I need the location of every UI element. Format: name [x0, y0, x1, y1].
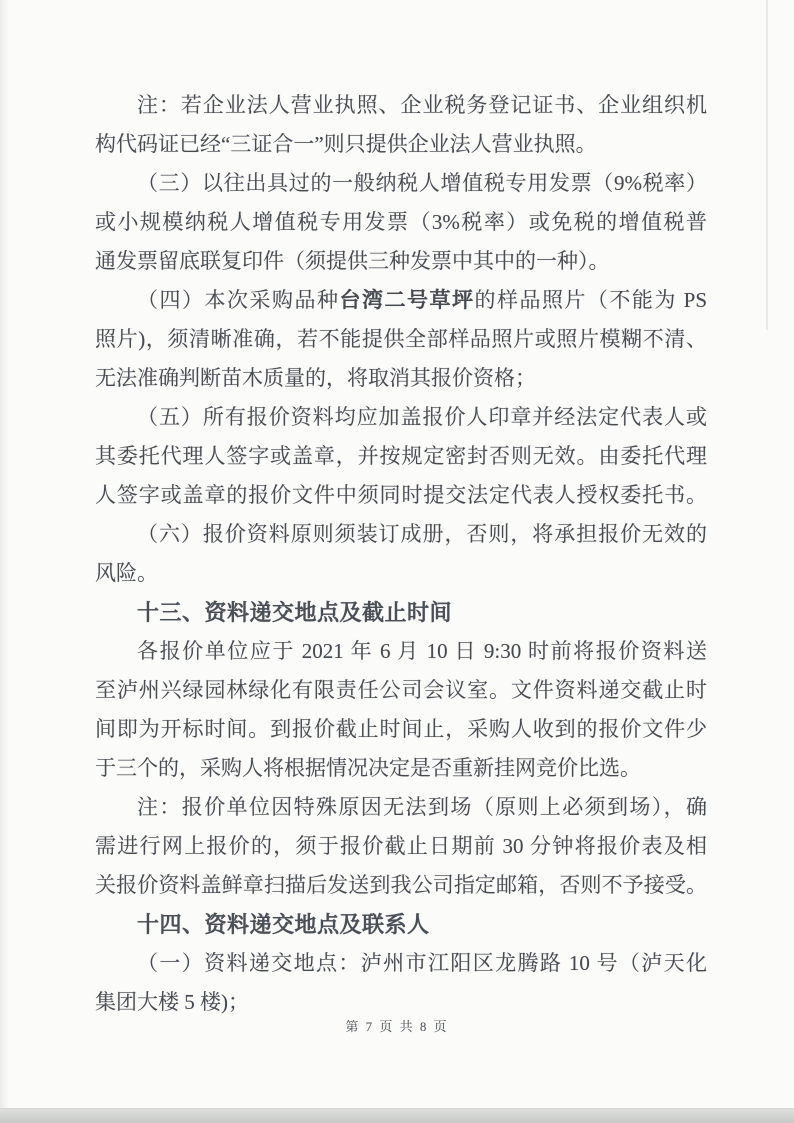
text-line: 于三个的，采购人将根据情况决定是否重新挂网竞价比选。: [95, 749, 707, 788]
text-line: （五）所有报价资料均应加盖报价人印章并经法定代表人或: [95, 398, 707, 437]
text-line: 关报价资料盖鲜章扫描后发送到我公司指定邮箱，否则不予接受。: [95, 866, 707, 905]
text-segment: （四）本次采购品种: [137, 288, 339, 312]
page-number: 第 7 页 共 8 页: [0, 1016, 794, 1035]
text-segment: 的样品照片（不能为 PS: [474, 288, 707, 312]
text-line: 通发票留底联复印件（须提供三种发票中其中的一种）。: [95, 242, 707, 281]
section-heading: 十四、资料递交地点及联系人: [95, 905, 707, 944]
text-line: 人签字或盖章的报价文件中须同时提交法定代表人授权委托书。: [95, 476, 707, 515]
scan-edge-left: [0, 0, 9, 1123]
text-line: （四）本次采购品种台湾二号草坪的样品照片（不能为 PS: [95, 281, 707, 320]
text-line: 注：若企业法人营业执照、企业税务登记证书、企业组织机: [95, 86, 707, 125]
text-line: （三）以往出具过的一般纳税人增值税专用发票（9%税率）: [95, 164, 707, 203]
scan-edge-right: [766, 0, 768, 330]
emphasis-text: 台湾二号草坪: [339, 288, 474, 312]
text-line: 其委托代理人签字或盖章，并按规定密封否则无效。由委托代理: [95, 437, 707, 476]
document-page: 注：若企业法人营业执照、企业税务登记证书、企业组织机构代码证已经“三证合一”则只…: [0, 0, 794, 1123]
text-line: 间即为开标时间。到报价截止时间止，采购人收到的报价文件少: [95, 710, 707, 749]
text-line: 或小规模纳税人增值税专用发票（3%税率）或免税的增值税普: [95, 203, 707, 242]
text-line: 至泸州兴绿园林绿化有限责任公司会议室。文件资料递交截止时: [95, 671, 707, 710]
section-heading: 十三、资料递交地点及截止时间: [95, 593, 707, 632]
text-line: 构代码证已经“三证合一”则只提供企业法人营业执照。: [95, 125, 707, 164]
scan-edge-bottom: [0, 1108, 794, 1123]
text-line: 风险。: [95, 554, 707, 593]
text-line: 需进行网上报价的，须于报价截止日期前 30 分钟将报价表及相: [95, 827, 707, 866]
text-line: 照片)，须清晰准确，若不能提供全部样品照片或照片模糊不清、: [95, 320, 707, 359]
text-line: （一）资料递交地点：泸州市江阳区龙腾路 10 号（泸天化: [95, 944, 707, 983]
text-line: 注：报价单位因特殊原因无法到场（原则上必须到场），确: [95, 788, 707, 827]
text-line: 各报价单位应于 2021 年 6 月 10 日 9:30 时前将报价资料送: [95, 632, 707, 671]
text-line: 无法准确判断苗木质量的，将取消其报价资格；: [95, 359, 707, 398]
document-body: 注：若企业法人营业执照、企业税务登记证书、企业组织机构代码证已经“三证合一”则只…: [95, 86, 707, 1022]
text-line: （六）报价资料原则须装订成册，否则，将承担报价无效的: [95, 515, 707, 554]
